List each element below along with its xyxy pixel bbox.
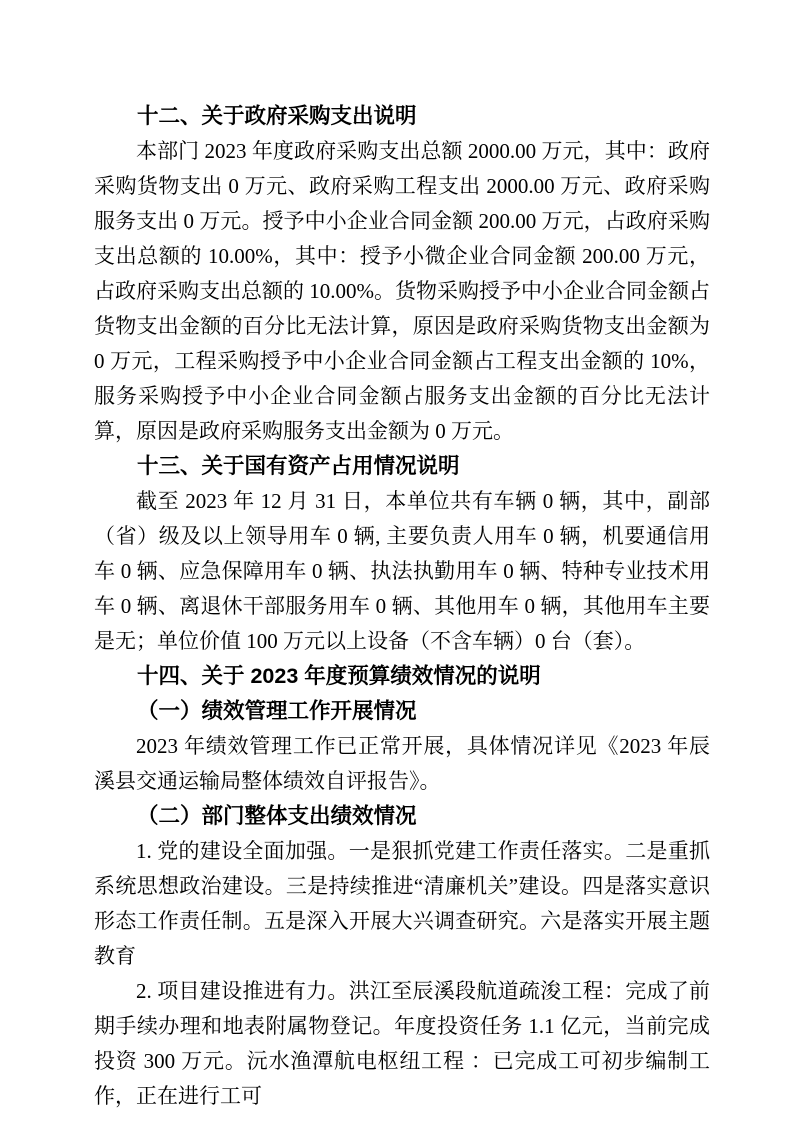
document-page: 十二、关于政府采购支出说明 本部门 2023 年度政府采购支出总额 2000.0… xyxy=(0,0,793,1122)
para-project-construction: 2. 项目建设推进有力。洪江至辰溪段航道疏浚工程：完成了前期手续办理和地表附属物… xyxy=(94,974,710,1114)
para-state-assets: 截至 2023 年 12 月 31 日，本单位共有车辆 0 辆，其中，副部（省）… xyxy=(94,484,710,659)
section-heading-gov-procurement: 十二、关于政府采购支出说明 xyxy=(94,99,710,134)
section-heading-budget-performance: 十四、关于 2023 年度预算绩效情况的说明 xyxy=(94,659,710,694)
para-performance-management: 2023 年绩效管理工作已正常开展，具体情况详见《2023 年辰溪县交通运输局整… xyxy=(94,729,710,799)
subheading-department-expenditure-performance: （二）部门整体支出绩效情况 xyxy=(94,799,710,834)
subheading-performance-management: （一）绩效管理工作开展情况 xyxy=(94,694,710,729)
section-heading-state-assets: 十三、关于国有资产占用情况说明 xyxy=(94,449,710,484)
para-party-building: 1. 党的建设全面加强。一是狠抓党建工作责任落实。二是重抓系统思想政治建设。三是… xyxy=(94,834,710,974)
para-gov-procurement: 本部门 2023 年度政府采购支出总额 2000.00 万元，其中：政府采购货物… xyxy=(94,134,710,449)
document-body: 十二、关于政府采购支出说明 本部门 2023 年度政府采购支出总额 2000.0… xyxy=(94,99,710,1114)
